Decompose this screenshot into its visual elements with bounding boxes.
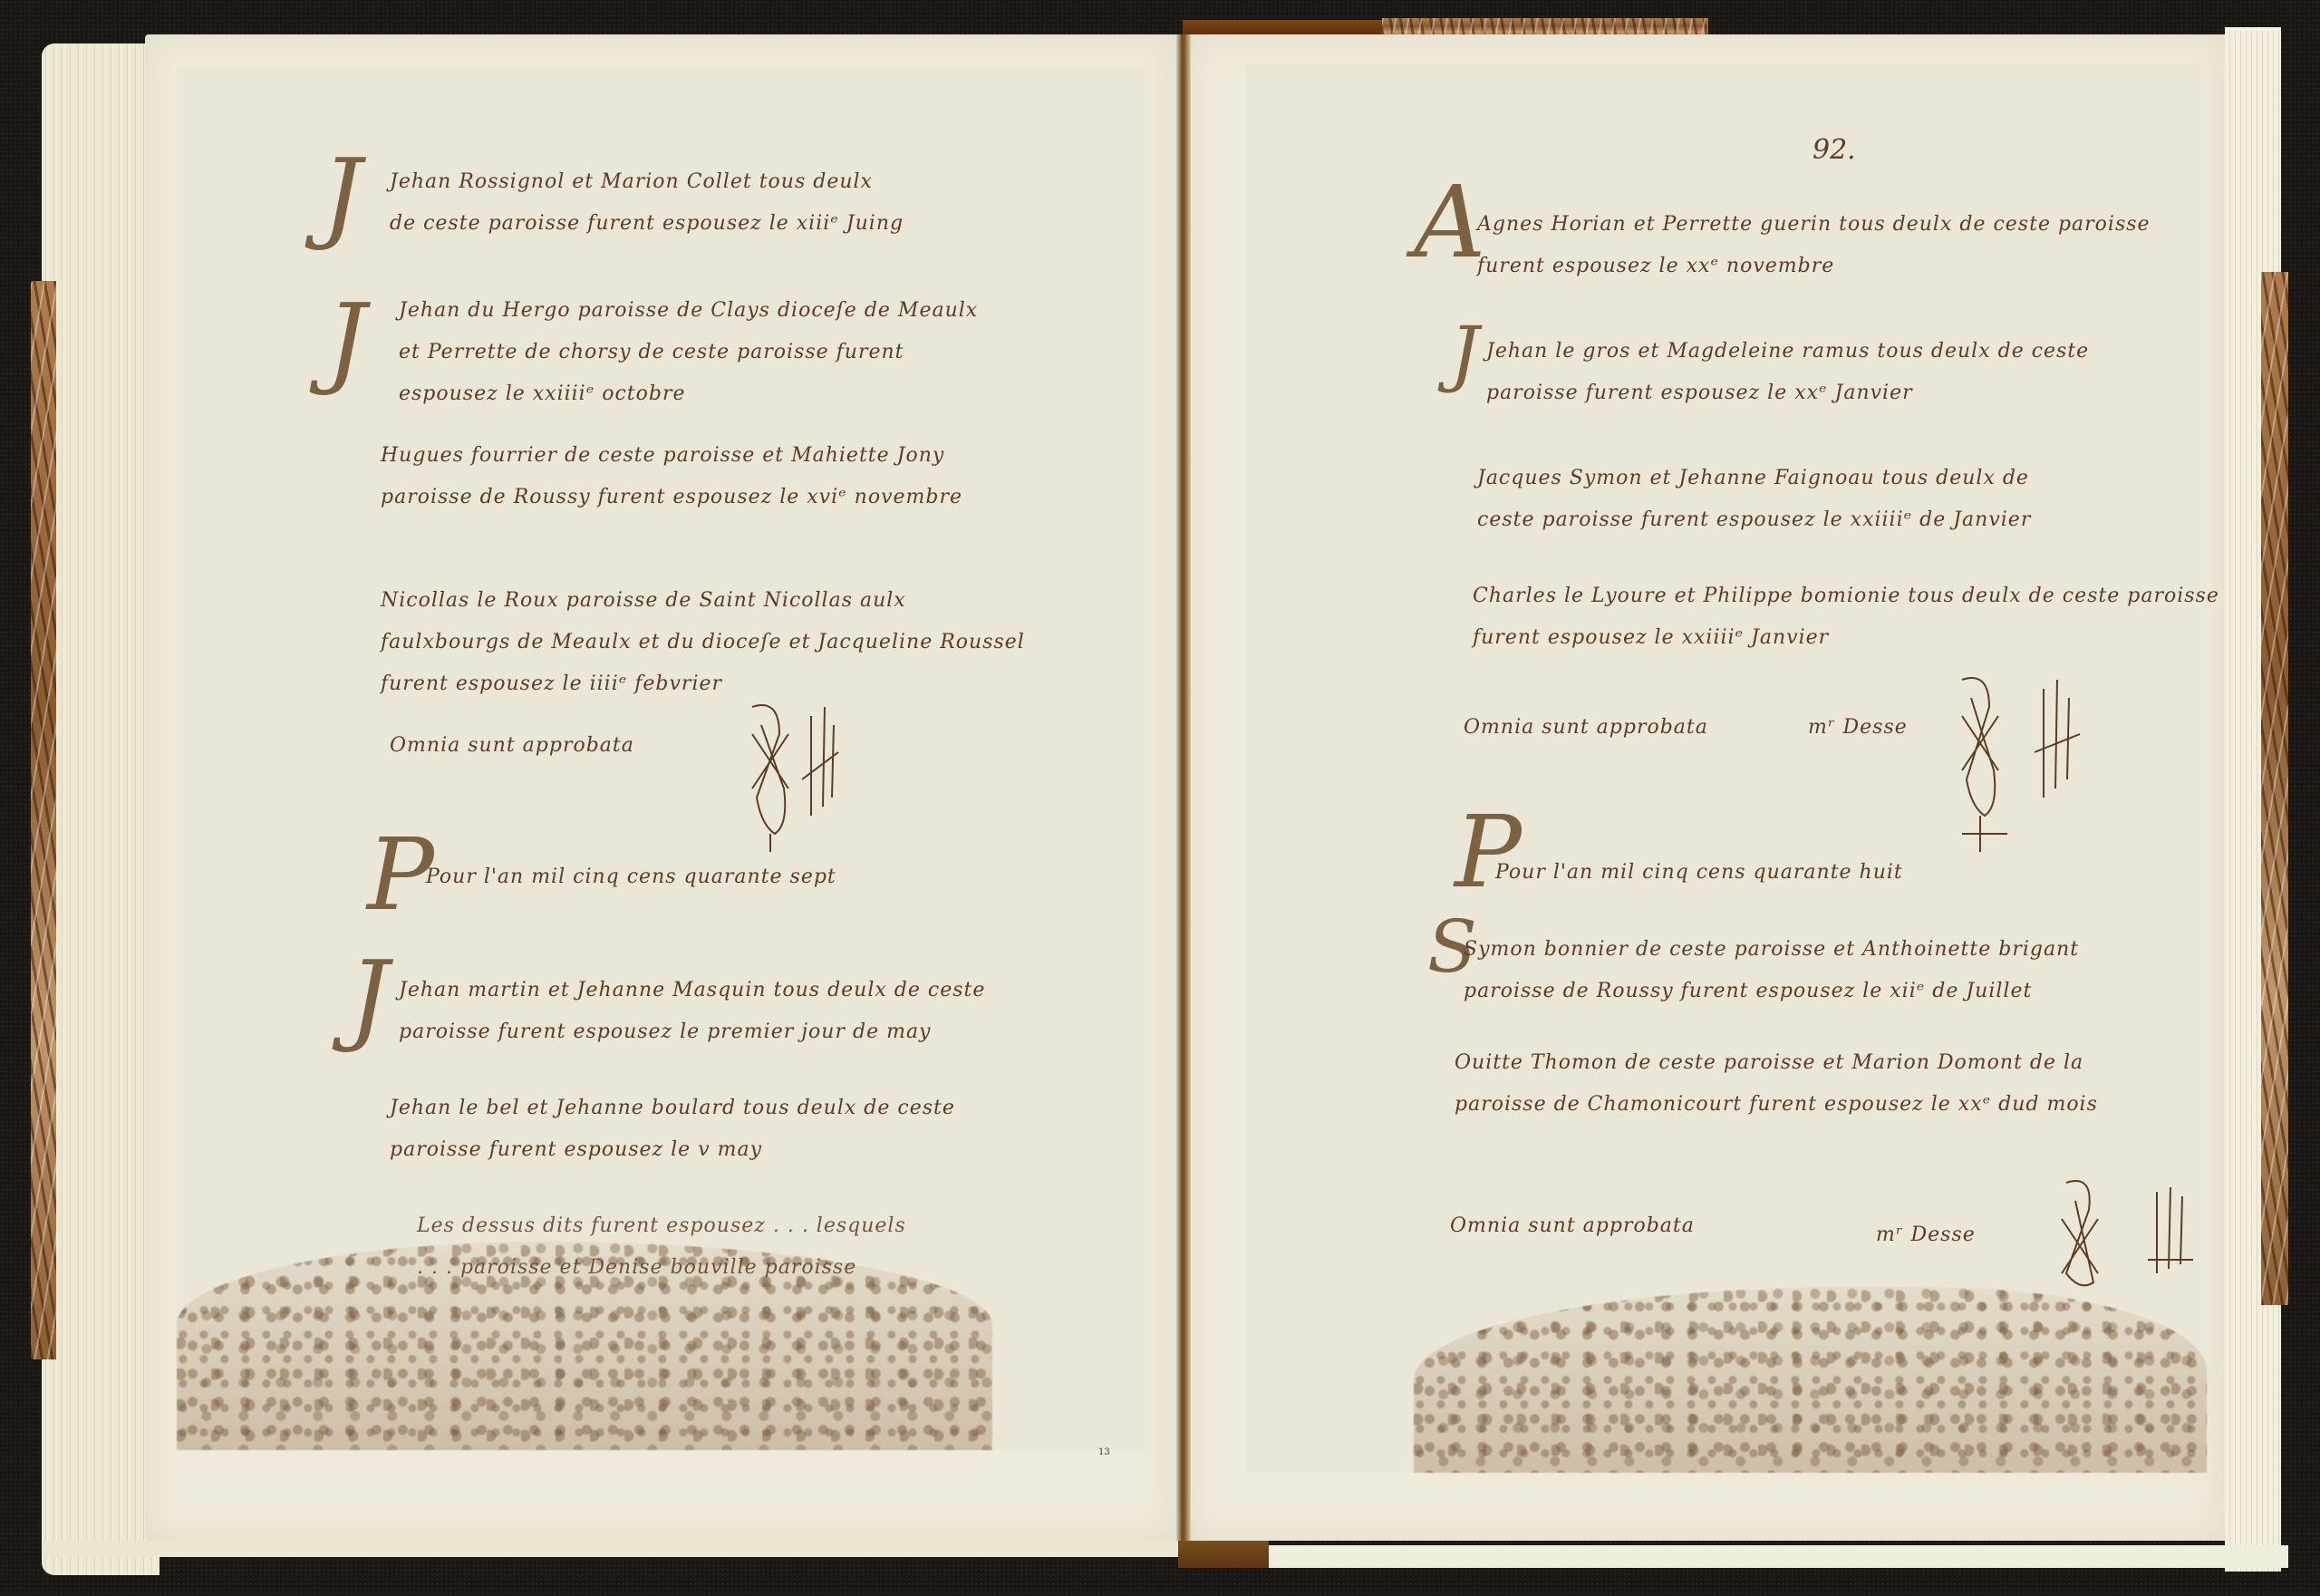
entry-initial: J	[349, 947, 390, 1047]
marriage-entry: Jehan le bel et Jehanne boulard tous deu…	[390, 1088, 955, 1171]
board-bottom-right	[1269, 1545, 2288, 1568]
marriage-entry: Jehan Rossignol et Marion Collet tous de…	[390, 161, 904, 245]
marriage-entry: Hugues fourrier de ceste paroisse et Mah…	[381, 435, 962, 518]
marriage-entry: Charles le Lyoure et Philippe bomionie t…	[1473, 576, 2219, 659]
board-bottom-left	[42, 1541, 1178, 1557]
open-book: J Jehan Rossignol et Marion Collet tous …	[0, 0, 2320, 1596]
marriage-entry: Jehan martin et Jehanne Masquin tous deu…	[399, 970, 985, 1053]
marriage-entry: Jacques Symon et Jehanne Faignoau tous d…	[1477, 458, 2031, 541]
approval-annotation: mʳ Desse	[1876, 1214, 1976, 1256]
marriage-entry: Ouitte Thomon de ceste paroisse et Mario…	[1455, 1042, 2098, 1126]
entry-initial: A	[1414, 172, 1486, 272]
approval-statement: Omnia sunt approbata	[1464, 707, 1708, 749]
book-gutter	[1176, 34, 1191, 1541]
marbled-edge-right	[2261, 272, 2288, 1305]
marbled-edge-left	[31, 281, 56, 1359]
year-heading: Pour l'an mil cinq cens quarante sept	[426, 856, 836, 898]
signature-monogram	[1926, 671, 2089, 852]
marriage-entry: Symon bonnier de ceste paroisse et Antho…	[1464, 929, 2079, 1012]
marriage-entry: Jehan du Hergo paroisse de Clays dioceſe…	[399, 290, 978, 415]
entry-initial: J	[1450, 317, 1480, 390]
signature-monogram	[2030, 1174, 2202, 1301]
left-page-stack	[42, 44, 159, 1575]
approval-statement: Omnia sunt approbata	[1450, 1205, 1695, 1247]
marriage-entry: Nicollas le Roux paroisse de Saint Nicol…	[381, 580, 1025, 705]
year-heading: Pour l'an mil cinq cens quarante huit	[1495, 852, 1903, 894]
marriage-entry: Jehan le gros et Magdeleine ramus tous d…	[1486, 331, 2089, 414]
spine-bottom	[1178, 1541, 1269, 1568]
marriage-entry: Agnes Horian et Perrette guerin tous deu…	[1477, 204, 2151, 287]
marriage-entry-faded: Les dessus dits furent espousez . . . le…	[417, 1205, 906, 1289]
approval-annotation: mʳ Desse	[1808, 707, 1908, 749]
entry-initial: J	[326, 290, 367, 390]
year-initial: P	[367, 825, 435, 924]
folio-number: 92.	[1812, 134, 1856, 166]
approval-statement: Omnia sunt approbata	[390, 725, 634, 767]
printed-page-mark: 13	[1098, 1447, 1110, 1457]
signature-monogram	[725, 698, 843, 852]
entry-initial: J	[322, 145, 362, 245]
